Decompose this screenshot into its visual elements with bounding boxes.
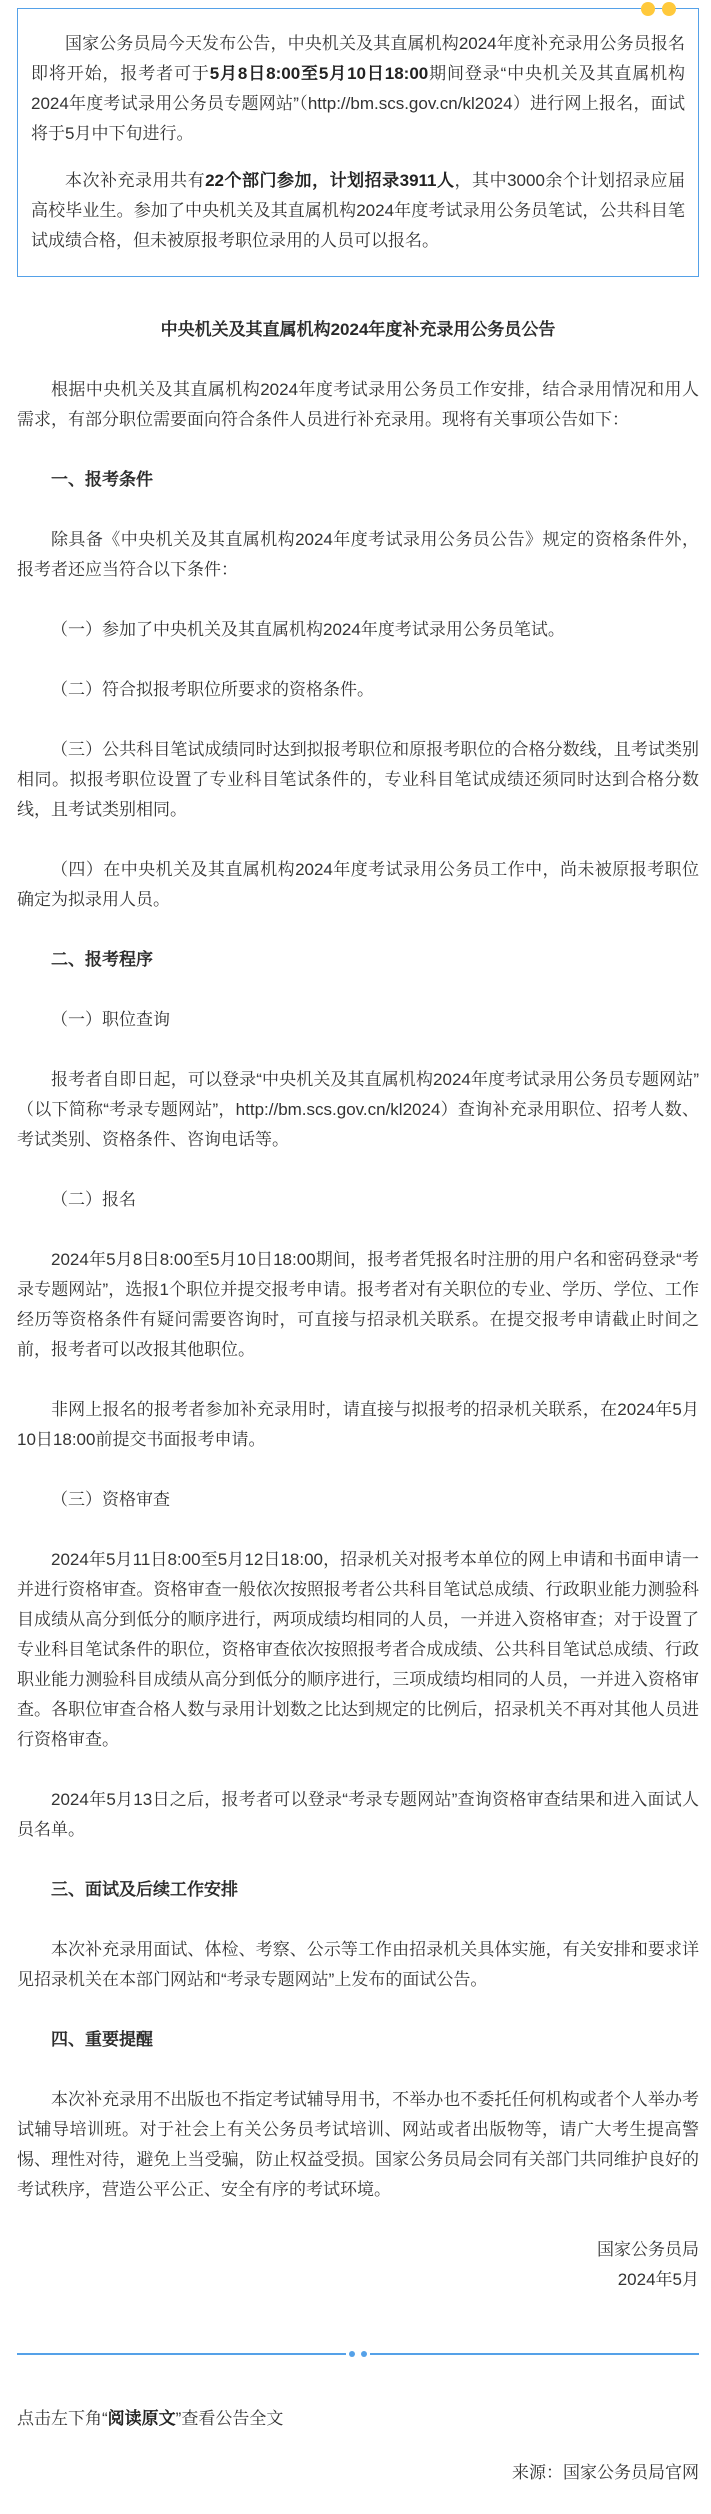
article-content: 国家公务员局今天发布公告，中央机关及其直属机构2024年度补充录用公务员报名即将… xyxy=(0,0,711,2514)
article-paragraph: 本次补充录用不出版也不指定考试辅导用书，不举办也不委托任何机构或者个人举办考试辅… xyxy=(17,2085,699,2205)
article-paragraph: 2024年5月11日8:00至5月12日18:00，招录机关对报考本单位的网上申… xyxy=(17,1545,699,1755)
article-paragraph: 本次补充录用面试、体检、考察、公示等工作由招录机关具体实施，有关安排和要求详见招… xyxy=(17,1935,699,1995)
article-paragraph: 根据中央机关及其直属机构2024年度考试录用公务员工作安排，结合录用情况和用人需… xyxy=(17,375,699,435)
summary-2-bold-figures: 22个部门参加，计划招录3911人 xyxy=(205,171,454,190)
section-heading: 一、报考条件 xyxy=(17,465,699,495)
announcement-title: 中央机关及其直属机构2024年度补充录用公务员公告 xyxy=(17,315,699,345)
summary-paragraph-1: 国家公务员局今天发布公告，中央机关及其直属机构2024年度补充录用公务员报名即将… xyxy=(31,29,685,149)
read-original-tip: 点击左下角“阅读原文”查看公告全文 xyxy=(17,2404,699,2434)
summary-1-bold-dates: 5月8日8:00至5月10日18:00 xyxy=(210,64,429,83)
section-heading: 二、报考程序 xyxy=(17,945,699,975)
signature-block: 国家公务员局 2024年5月 xyxy=(17,2235,699,2295)
summary-quote-box: 国家公务员局今天发布公告，中央机关及其直属机构2024年度补充录用公务员报名即将… xyxy=(17,8,699,277)
article-paragraph: 除具备《中央机关及其直属机构2024年度考试录用公务员公告》规定的资格条件外，报… xyxy=(17,525,699,585)
tip-pre: 点击左下角“ xyxy=(17,2409,108,2428)
divider-line-left xyxy=(17,2353,346,2355)
divider-line-right xyxy=(370,2353,699,2355)
tip-post: ”查看公告全文 xyxy=(176,2409,284,2428)
article-paragraph: 2024年5月8日8:00至5月10日18:00期间，报考者凭报名时注册的用户名… xyxy=(17,1245,699,1365)
article-paragraph: 2024年5月13日之后，报考者可以登录“考录专题网站”查询资格审查结果和进入面… xyxy=(17,1785,699,1845)
article-paragraph: （一）参加了中央机关及其直属机构2024年度考试录用公务员笔试。 xyxy=(17,615,699,645)
announcement-body: 根据中央机关及其直属机构2024年度考试录用公务员工作安排，结合录用情况和用人需… xyxy=(17,375,699,2205)
article-paragraph: （二）符合拟报考职位所要求的资格条件。 xyxy=(17,675,699,705)
divider-dot-icon xyxy=(349,2351,355,2357)
article-paragraph: 报考者自即日起，可以登录“中央机关及其直属机构2024年度考试录用公务员专题网站… xyxy=(17,1065,699,1155)
tip-read-original-label: 阅读原文 xyxy=(108,2409,176,2428)
source-line: 来源：国家公务员局官网 xyxy=(17,2458,699,2488)
signature-date: 2024年5月 xyxy=(618,2270,699,2289)
article-paragraph: （二）报名 xyxy=(17,1185,699,1215)
section-divider xyxy=(17,2351,699,2357)
summary-paragraph-2: 本次补充录用共有22个部门参加，计划招录3911人，其中3000余个计划招录应届… xyxy=(31,166,685,256)
article-paragraph: 非网上报名的报考者参加补充录用时，请直接与拟报考的招录机关联系，在2024年5月… xyxy=(17,1395,699,1455)
summary-2-pre: 本次补充录用共有 xyxy=(65,171,205,190)
signature-agency: 国家公务员局 xyxy=(597,2240,699,2259)
article-paragraph: （四）在中央机关及其直属机构2024年度考试录用公务员工作中，尚未被原报考职位确… xyxy=(17,855,699,915)
article-paragraph: （一）职位查询 xyxy=(17,1005,699,1035)
section-heading: 四、重要提醒 xyxy=(17,2025,699,2055)
wechat-article-page: { "accent": { "box_border_blue": "#55a1e… xyxy=(0,0,711,2514)
divider-dot-icon xyxy=(361,2351,367,2357)
quote-dots-icon xyxy=(641,2,676,16)
section-heading: 三、面试及后续工作安排 xyxy=(17,1875,699,1905)
article-paragraph: （三）公共科目笔试成绩同时达到拟报考职位和原报考职位的合格分数线，且考试类别相同… xyxy=(17,735,699,825)
article-paragraph: （三）资格审查 xyxy=(17,1485,699,1515)
